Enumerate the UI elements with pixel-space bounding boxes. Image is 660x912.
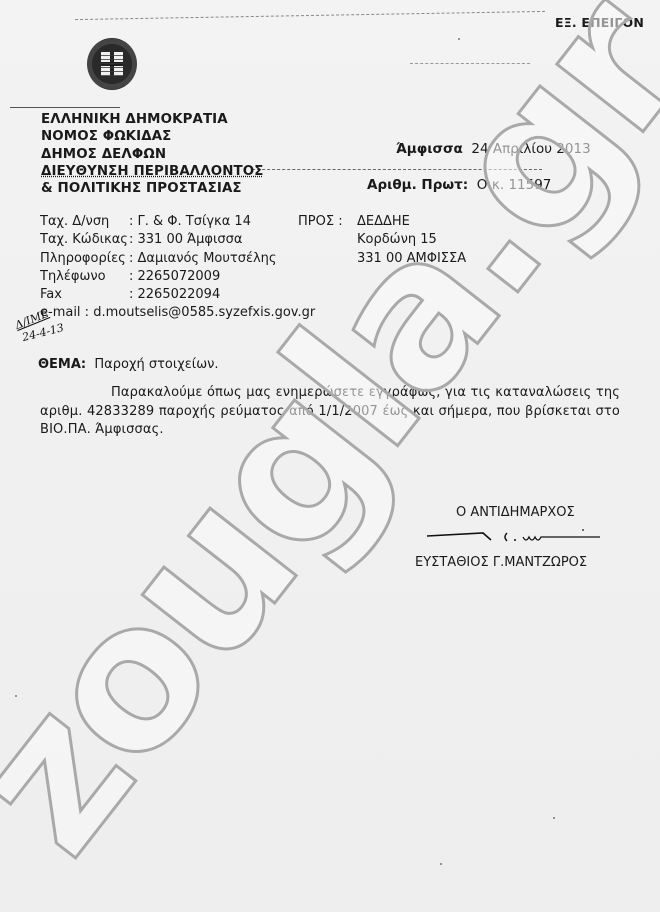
date: 24 Απριλίου 2013 [471, 141, 590, 157]
protocol-label: Αριθμ. Πρωτ: [367, 177, 468, 193]
scan-speck [553, 817, 555, 819]
signatory-name: ΕΥΣΤΑΘΙΟΣ Γ.ΜΑΝΤΖΩΡΟΣ [415, 555, 587, 570]
scan-speck [458, 38, 460, 40]
subject-text: Παροχή στοιχείων. [94, 357, 218, 372]
contact-row-email: e-mail : d.moutselis@0585.syzefxis.gov.g… [40, 304, 300, 322]
recipient-line: ΔΕΔΔΗΕ [357, 213, 466, 231]
authority-line: ΕΛΛΗΝΙΚΗ ΔΗΜΟΚΡΑΤΙΑ [41, 111, 264, 128]
scan-line [252, 169, 542, 170]
scanned-document-page: ΕΞ. ΕΠΕΙΓΟΝ ΕΛΛΗΝΙΚΗ ΔΗΜΟΚΡΑΤΙΑ ΝΟΜΟΣ ΦΩ… [0, 0, 660, 912]
scan-line [410, 63, 530, 64]
authority-line: & ΠΟΛΙΤΙΚΗΣ ΠΡΟΣΤΑΣΙΑΣ [41, 180, 264, 197]
protocol-value: Οικ. 11597 [477, 177, 552, 193]
recipient-label: ΠΡΟΣ : [298, 213, 343, 231]
handwritten-signature [425, 524, 605, 546]
body-paragraph: Παρακαλούμε όπως μας ενημερώσετε εγγράφω… [40, 384, 620, 440]
recipient-line: 331 00 ΑΜΦΙΣΣΑ [357, 250, 466, 268]
contact-row-phone: Τηλέφωνο : 2265072009 [40, 268, 300, 286]
email-value: d.moutselis@0585.syzefxis.gov.gr [93, 305, 315, 320]
scan-speck [440, 863, 442, 865]
authority-line: ΔΙΕΥΘΥΝΣΗ ΠΕΡΙΒΑΛΛΟΝΤΟΣ [41, 163, 264, 180]
contact-row-postcode: Ταχ. Κώδικας : 331 00 Άμφισσα [40, 231, 300, 249]
protocol-number: Αριθμ. Πρωτ: Οικ. 11597 [367, 177, 551, 193]
authority-line: ΔΗΜΟΣ ΔΕΛΦΩΝ [41, 146, 264, 163]
handwritten-note: Δ/ΙΜΕ 24-4-13 [18, 320, 66, 344]
signatory-title: Ο ΑΝΤΙΔΗΜΑΡΧΟΣ [456, 505, 575, 520]
contact-row-fax: Fax : 2265022094 [40, 286, 300, 304]
issuing-authority: ΕΛΛΗΝΙΚΗ ΔΗΜΟΚΡΑΤΙΑ ΝΟΜΟΣ ΦΩΚΙΔΑΣ ΔΗΜΟΣ … [41, 111, 264, 197]
scan-line [10, 107, 120, 108]
place-and-date: Άμφισσα 24 Απριλίου 2013 [396, 141, 591, 157]
recipient-line: Κορδώνη 15 [357, 231, 466, 249]
urgency-stamp: ΕΞ. ΕΠΕΙΓΟΝ [555, 15, 644, 30]
authority-line: ΝΟΜΟΣ ΦΩΚΙΔΑΣ [41, 128, 264, 145]
greek-coat-of-arms-icon [87, 38, 137, 90]
scan-line [75, 11, 545, 20]
subject-label: ΘΕΜΑ: [38, 357, 86, 372]
place: Άμφισσα [396, 141, 463, 157]
contact-row-info: Πληροφορίες : Δαμιανός Μουτσέλης [40, 250, 300, 268]
subject-line: ΘΕΜΑ: Παροχή στοιχείων. [38, 357, 218, 372]
contact-row-address: Ταχ. Δ/νση : Γ. & Φ. Τσίγκα 14 [40, 213, 300, 231]
scan-speck [15, 695, 17, 697]
sender-contact-block: Ταχ. Δ/νση : Γ. & Φ. Τσίγκα 14 Ταχ. Κώδι… [40, 213, 300, 323]
